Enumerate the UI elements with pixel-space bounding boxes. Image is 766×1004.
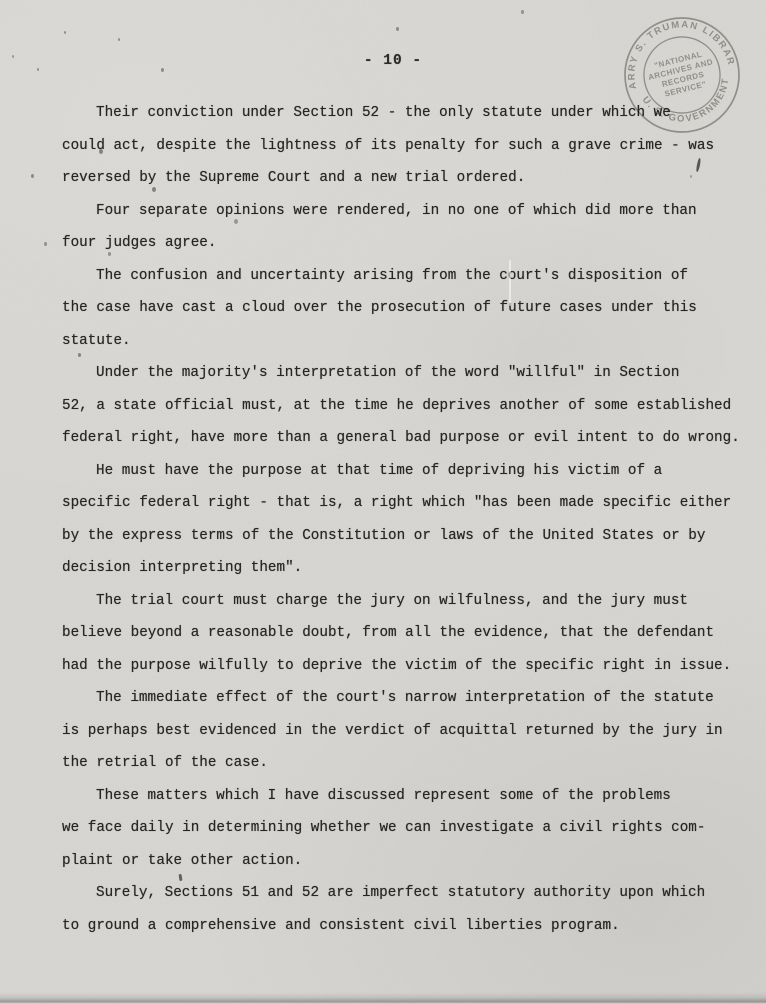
text-line: is perhaps best evidenced in the verdict… [62, 715, 727, 748]
paper-speck [270, 107, 273, 111]
text-line: believe beyond a reasonable doubt, from … [62, 617, 727, 650]
paper-speck [44, 242, 47, 246]
text-line: plaint or take other action. [62, 845, 727, 878]
document-body: Their conviction under Section 52 - the … [62, 97, 727, 942]
paper-speck [78, 353, 81, 357]
text-line: The immediate effect of the court's narr… [62, 682, 727, 715]
paper-scratch [509, 260, 511, 306]
text-line: He must have the purpose at that time of… [62, 455, 727, 488]
paper-speck [118, 38, 120, 41]
scanned-document-page: - 10 - Their conviction under Section 52… [0, 0, 766, 1004]
paper-speck [345, 147, 347, 150]
paper-speck [12, 55, 14, 58]
text-line: had the purpose wilfully to deprive the … [62, 650, 727, 683]
paper-speck [234, 219, 238, 224]
text-line: the retrial of the case. [62, 747, 727, 780]
paper-speck [161, 68, 164, 72]
text-line: decision interpreting them". [62, 552, 727, 585]
archives-stamp: HARRY S. TRUMAN LIBRARY U. S. GOVERNMENT… [613, 6, 751, 144]
stamp-group: HARRY S. TRUMAN LIBRARY U. S. GOVERNMENT… [613, 6, 751, 144]
paper-speck [152, 187, 156, 192]
text-line: by the express terms of the Constitution… [62, 520, 727, 553]
text-line: These matters which I have discussed rep… [62, 780, 727, 813]
text-line: The trial court must charge the jury on … [62, 585, 727, 618]
paper-speck [37, 68, 39, 71]
text-line: Surely, Sections 51 and 52 are imperfect… [62, 877, 727, 910]
text-line: federal right, have more than a general … [62, 422, 727, 455]
paper-speck [396, 27, 399, 31]
text-line: statute. [62, 325, 727, 358]
paper-speck [31, 174, 34, 178]
paper-speck [64, 31, 66, 34]
paper-bottom-edge [0, 992, 766, 1004]
text-line: reversed by the Supreme Court and a new … [62, 162, 727, 195]
text-line: The confusion and uncertainty arising fr… [62, 260, 727, 293]
text-line: Four separate opinions were rendered, in… [62, 195, 727, 228]
text-line: 52, a state official must, at the time h… [62, 390, 727, 423]
paper-speck [99, 149, 103, 154]
text-line: specific federal right - that is, a righ… [62, 487, 727, 520]
text-line: we face daily in determining whether we … [62, 812, 727, 845]
paper-speck [521, 10, 524, 14]
text-line: Under the majority's interpretation of t… [62, 357, 727, 390]
text-line: four judges agree. [62, 227, 727, 260]
text-line: to ground a comprehensive and consistent… [62, 910, 727, 943]
paper-speck [690, 175, 692, 178]
paper-speck [108, 252, 111, 256]
text-line: the case have cast a cloud over the pros… [62, 292, 727, 325]
